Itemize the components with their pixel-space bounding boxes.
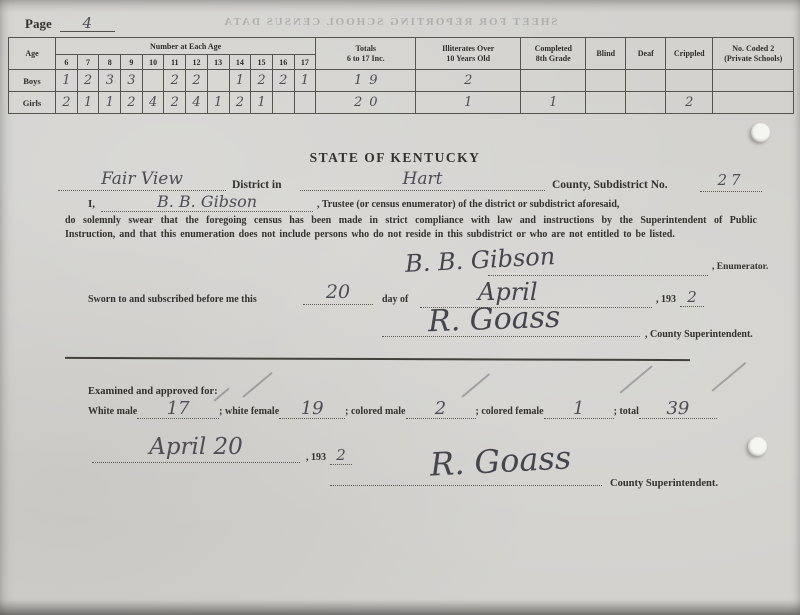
boys-totals: 19: [316, 70, 416, 92]
colored-female-label: ; colored female: [476, 406, 544, 417]
year-written-value: 2: [680, 288, 704, 307]
white-female-value: 19: [279, 400, 345, 419]
district-in-label: District in: [232, 179, 282, 191]
county-name-value: Hart: [300, 168, 545, 191]
girls-coded: [713, 92, 794, 114]
table-row-girls: Girls 2 1 1 2 4 2 4 1 2 1 20 1 1 2: [9, 92, 794, 114]
approval-superintendent-label: County Superintendent.: [610, 478, 718, 489]
col-header-totals: Totals 6 to 17 Inc.: [316, 38, 416, 70]
oath-name-line: I, B. B. Gibson , Trustee (or census enu…: [88, 193, 619, 212]
boys-age-8: 3: [99, 70, 121, 92]
district-name-value: Fair View: [58, 168, 226, 191]
girls-age-11: 2: [164, 92, 186, 114]
total-label: ; total: [614, 406, 639, 417]
col-header-number-at-each-age: Number at Each Age: [56, 38, 316, 55]
boys-age-7: 2: [77, 70, 99, 92]
trustee-name-value: B. B. Gibson: [101, 193, 313, 212]
form-title: STATE OF KENTUCKY: [0, 150, 790, 166]
superintendent-label: , County Superintendent.: [645, 329, 753, 340]
sworn-day-value: 20: [303, 282, 373, 305]
sworn-label: Sworn to and subscribed before me this: [88, 294, 257, 305]
boys-age-12: 2: [186, 70, 208, 92]
age-col-15: 15: [251, 55, 273, 70]
age-col-10: 10: [142, 55, 164, 70]
boys-age-6: 1: [56, 70, 78, 92]
boys-age-15: 2: [251, 70, 273, 92]
year-printed: , 193: [656, 294, 676, 305]
boys-crippled: [666, 70, 713, 92]
col-header-crippled: Crippled: [666, 38, 713, 70]
girls-age-10: 4: [142, 92, 164, 114]
col-header-deaf: Deaf: [626, 38, 666, 70]
approval-year-printed: , 193: [306, 452, 326, 463]
girls-crippled: 2: [666, 92, 713, 114]
girls-age-12: 4: [186, 92, 208, 114]
girls-totals: 20: [316, 92, 416, 114]
girls-age-17: [294, 92, 316, 114]
age-col-9: 9: [121, 55, 143, 70]
oath-line-3: Instruction, and that this enumeration d…: [65, 229, 757, 240]
age-col-13: 13: [207, 55, 229, 70]
colored-female-value: 1: [544, 400, 614, 419]
white-female-label: ; white female: [219, 406, 279, 417]
hole-punch: [751, 123, 770, 142]
approval-date-value: April 20: [92, 434, 300, 463]
row-label-girls: Girls: [9, 92, 56, 114]
boys-age-17: 1: [294, 70, 316, 92]
age-col-7: 7: [77, 55, 99, 70]
superintendent-signature: R. Goass: [427, 300, 561, 340]
scanned-census-form: SHEET FOR REPORTING SCHOOL CENSUS DATA P…: [0, 0, 800, 615]
boys-eighth-grade: [521, 70, 586, 92]
table-row-boys: Boys 1 2 3 3 2 2 1 2 2 1 19 2: [9, 70, 794, 92]
colored-male-label: ; colored male: [345, 406, 405, 417]
girls-age-14: 2: [229, 92, 251, 114]
age-col-12: 12: [186, 55, 208, 70]
col-header-illiterates: Illiterates Over 10 Years Old: [416, 38, 521, 70]
white-male-value: 17: [137, 400, 219, 419]
boys-age-10: [142, 70, 164, 92]
col-header-eighth-grade: Completed 8th Grade: [521, 38, 586, 70]
girls-age-13: 1: [207, 92, 229, 114]
day-of-label: day of: [382, 294, 408, 305]
total-value: 39: [639, 400, 717, 419]
boys-illiterates: 2: [416, 70, 521, 92]
bleed-through-text: SHEET FOR REPORTING SCHOOL CENSUS DATA: [135, 16, 645, 28]
enumerator-signature: B. B. Gibson: [404, 242, 555, 278]
boys-age-9: 3: [121, 70, 143, 92]
oath-i-label: I,: [88, 198, 95, 210]
statistics-line: White male 17 ; white female 19 ; colore…: [88, 400, 717, 419]
examined-heading: Examined and approved for:: [88, 386, 218, 397]
boys-blind: [586, 70, 626, 92]
colored-male-value: 2: [406, 400, 476, 419]
girls-age-9: 2: [121, 92, 143, 114]
girls-deaf: [626, 92, 666, 114]
approval-signature-line: [330, 485, 602, 486]
girls-blind: [586, 92, 626, 114]
girls-age-7: 1: [77, 92, 99, 114]
girls-age-15: 1: [251, 92, 273, 114]
county-subdistrict-label: County, Subdistrict No.: [552, 179, 668, 191]
pencil-check-mark: [619, 365, 652, 394]
boys-deaf: [626, 70, 666, 92]
pencil-check-mark: [711, 362, 746, 392]
boys-coded: [713, 70, 794, 92]
boys-age-14: 1: [229, 70, 251, 92]
page-label: Page: [25, 16, 52, 32]
subdistrict-number-value: 27: [700, 170, 762, 192]
enumerator-signature-line: [488, 275, 708, 276]
oath-rest-label: , Trustee (or census enumerator) of the …: [317, 199, 619, 210]
pencil-check-mark: [242, 372, 272, 398]
col-header-coded: No. Coded 2 (Private Schools): [713, 38, 794, 70]
age-col-16: 16: [272, 55, 294, 70]
section-divider: [65, 357, 690, 361]
col-header-age: Age: [9, 38, 56, 70]
age-col-8: 8: [99, 55, 121, 70]
age-col-6: 6: [56, 55, 78, 70]
oath-line-2: do solemnly swear that the foregoing cen…: [65, 215, 757, 226]
girls-eighth-grade: 1: [521, 92, 586, 114]
age-col-17: 17: [294, 55, 316, 70]
approval-superintendent-signature: R. Goass: [429, 438, 572, 483]
boys-age-13: [207, 70, 229, 92]
girls-age-6: 2: [56, 92, 78, 114]
page-number-line: Page 4: [25, 16, 115, 32]
girls-age-16: [272, 92, 294, 114]
col-header-blind: Blind: [586, 38, 626, 70]
row-label-boys: Boys: [9, 70, 56, 92]
girls-age-8: 1: [99, 92, 121, 114]
census-table: Age Number at Each Age Totals 6 to 17 In…: [8, 37, 794, 114]
age-col-11: 11: [164, 55, 186, 70]
approval-year-written: 2: [330, 446, 352, 465]
white-male-label: White male: [88, 406, 137, 417]
enumerator-label: , Enumerator.: [712, 262, 768, 272]
boys-age-16: 2: [272, 70, 294, 92]
page-number-value: 4: [60, 16, 115, 32]
girls-illiterates: 1: [416, 92, 521, 114]
boys-age-11: 2: [164, 70, 186, 92]
hole-punch: [748, 437, 767, 456]
pencil-check-mark: [461, 373, 490, 398]
age-col-14: 14: [229, 55, 251, 70]
